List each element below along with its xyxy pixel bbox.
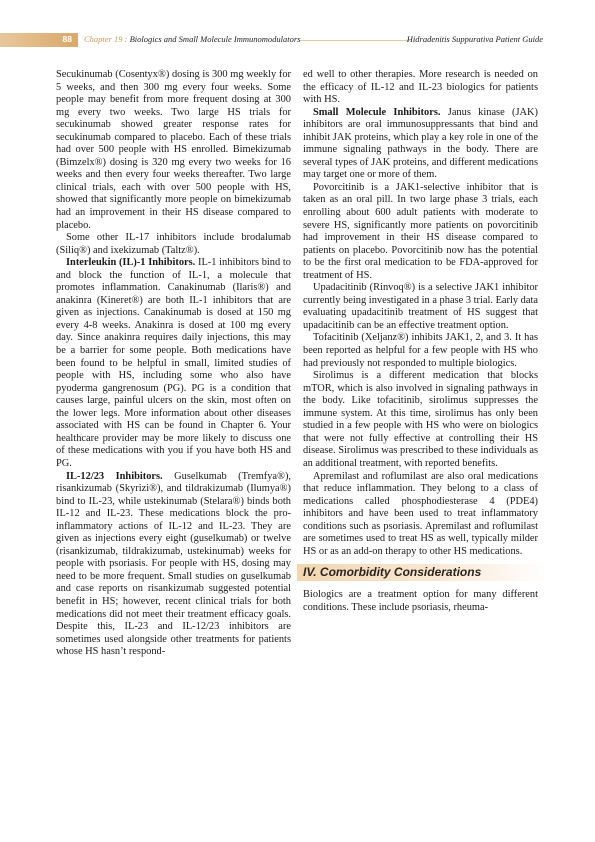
paragraph-text: Guselkumab (Tremfya®), risankizumab (Sky… <box>56 471 291 658</box>
paragraph: Interleukin (IL)-1 Inhibitors. IL-1 inhi… <box>56 257 291 470</box>
run-in-heading: Small Molecule Inhibitors. <box>313 107 440 118</box>
chapter-label: Chapter 19 : Biologics and Small Molecul… <box>84 34 301 44</box>
paragraph: Some other IL-17 inhibitors include brod… <box>56 232 291 257</box>
paragraph: ed well to other therapies. More researc… <box>303 69 538 107</box>
run-in-heading: IL-12/23 Inhibitors. <box>66 471 163 482</box>
run-in-heading: Interleukin (IL)-1 Inhibitors. <box>66 257 195 268</box>
left-column: Secukinumab (Cosentyx®) dosing is 300 mg… <box>56 69 291 659</box>
paragraph: Apremilast and roflumilast are also oral… <box>303 471 538 559</box>
page-number: 88 <box>63 34 72 44</box>
paragraph: IL-12/23 Inhibitors. Guselkumab (Tremfya… <box>56 471 291 659</box>
paragraph: Tofacitinib (Xeljanz®) inhibits JAK1, 2,… <box>303 332 538 370</box>
paragraph: Sirolimus is a different medication that… <box>303 370 538 470</box>
section-heading: IV. Comorbidity Considerations <box>297 564 547 581</box>
header-divider <box>300 40 410 41</box>
paragraph: Upadacitinib (Rinvoq®) is a selective JA… <box>303 282 538 332</box>
paragraph-text: IL-1 inhibitors bind to and block the fu… <box>56 257 291 469</box>
paragraph: Biologics are a treatment option for man… <box>303 589 538 614</box>
chapter-title: Biologics and Small Molecule Immunomodul… <box>130 34 301 44</box>
paragraph: Secukinumab (Cosentyx®) dosing is 300 mg… <box>56 69 291 232</box>
running-header: 88 Chapter 19 : Biologics and Small Mole… <box>0 33 595 47</box>
right-column: ed well to other therapies. More researc… <box>303 69 538 614</box>
book-title: Hidradenitis Suppurativa Patient Guide <box>407 34 543 44</box>
chapter-number: Chapter 19 : <box>84 34 127 44</box>
paragraph: Povorcitinib is a JAK1-selective inhibit… <box>303 182 538 282</box>
paragraph: Small Molecule Inhibitors. Janus kinase … <box>303 107 538 182</box>
page-number-tab: 88 <box>0 33 78 47</box>
